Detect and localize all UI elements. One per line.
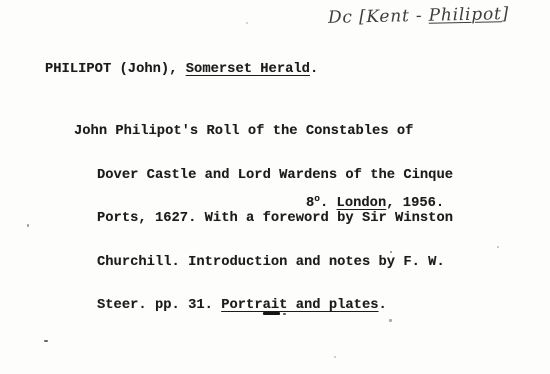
line5-period: . [379,298,387,313]
collation-text: Steer. pp. 31. [97,298,221,313]
author-name: PHILIPOT (John), [45,62,186,77]
ink-speck [246,22,248,24]
description-line-2: Dover Castle and Lord Wardens of the Cin… [74,169,453,184]
author-heading: PHILIPOT (John), Somerset Herald. [45,62,318,78]
author-title-underlined: Somerset Herald [186,62,310,77]
shelfmark-suffix: ] [501,4,509,24]
shelfmark-prefix: Dc [Kent - [328,6,429,28]
ink-speck [27,224,29,227]
plates-note-underlined: Portrait and plates [221,298,378,313]
shelfmark-annotation: Dc [Kent - Philipot] [328,1,510,31]
ink-speck [497,246,499,248]
description-line-3: Ports, 1627. With a foreword by Sir Wins… [74,212,453,227]
description-block: John Philipot's Roll of the Constables o… [74,96,453,328]
ink-speck [389,319,392,322]
ink-speck [334,356,336,358]
imprint-separator: . [320,196,337,211]
imprint-line: 8o. London, 1956. [306,191,444,212]
heading-period: . [310,62,318,77]
shelfmark-underlined-word: Philipot [428,4,501,26]
ink-speck [390,251,392,253]
ink-dash-mark [263,312,280,315]
ink-speck [44,340,48,342]
imprint-year: , 1956. [386,196,444,211]
description-line-1: John Philipot's Roll of the Constables o… [74,125,453,140]
ink-dot-mark [283,313,286,315]
description-line-4: Churchill. Introduction and notes by F. … [74,256,453,271]
imprint-place-underlined: London [337,196,387,211]
